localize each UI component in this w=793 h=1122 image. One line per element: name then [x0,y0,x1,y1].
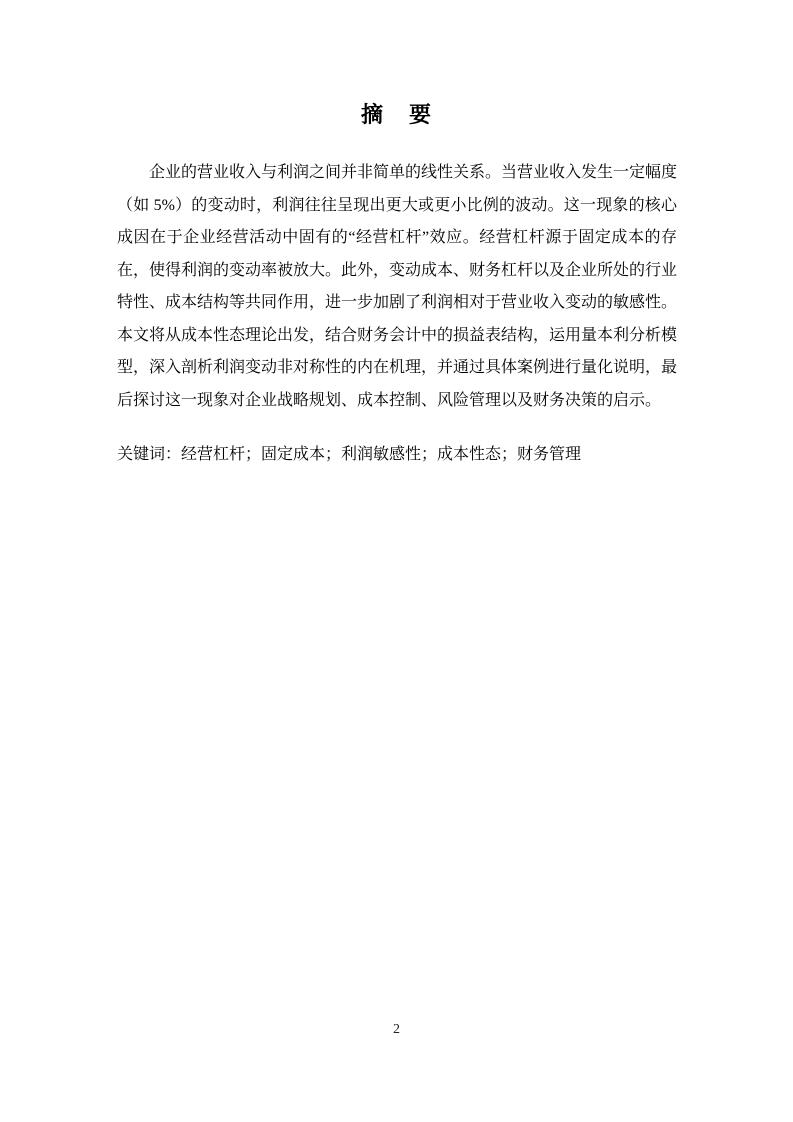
document-page: 摘 要 企业的营业收入与利润之间并非简单的线性关系。当营业收入发生一定幅度（如 … [0,0,793,1122]
keywords-line: 关键词：经营杠杆；固定成本；利润敏感性；成本性态；财务管理 [117,439,677,472]
page-number: 2 [0,1020,793,1040]
page-content: 摘 要 企业的营业收入与利润之间并非简单的线性关系。当营业收入发生一定幅度（如 … [117,0,677,472]
page-title: 摘 要 [117,0,677,129]
abstract-paragraph: 企业的营业收入与利润之间并非简单的线性关系。当营业收入发生一定幅度（如 5%）的… [117,157,677,417]
